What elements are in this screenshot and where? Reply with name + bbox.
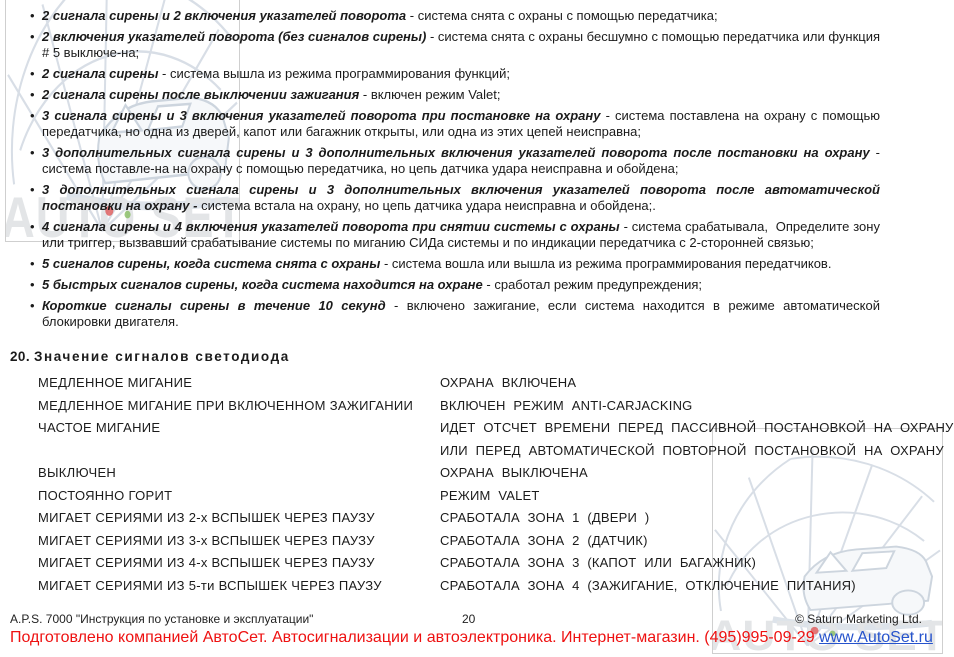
bullet-marker: • xyxy=(30,108,35,124)
bullet-rest: - система снята с охраны с помощью перед… xyxy=(410,8,718,23)
bullet-lead: 3 сигнала сирены и 3 включения указателе… xyxy=(42,108,600,123)
led-meaning: РЕЖИМ VALET xyxy=(440,485,540,508)
bullet-marker: • xyxy=(30,66,35,82)
led-signal: МИГАЕТ СЕРИЯМИ ИЗ 4-х ВСПЫШЕК ЧЕРЕЗ ПАУЗ… xyxy=(38,552,440,575)
led-table: МЕДЛЕННОЕ МИГАНИЕОХРАНА ВКЛЮЧЕНАМЕДЛЕННО… xyxy=(38,372,954,597)
table-row: ПОСТОЯННО ГОРИТРЕЖИМ VALET xyxy=(38,485,954,508)
siren-signal-list: •2 сигнала сирены и 2 включения указател… xyxy=(0,0,902,330)
bullet-item: •Короткие сигналы сирены в течение 10 се… xyxy=(30,298,880,330)
bullet-lead: 4 сигнала сирены и 4 включения указателе… xyxy=(42,219,620,234)
table-row: МИГАЕТ СЕРИЯМИ ИЗ 2-х ВСПЫШЕК ЧЕРЕЗ ПАУЗ… xyxy=(38,507,954,530)
section-number: 20. xyxy=(10,349,30,364)
bullet-marker: • xyxy=(30,277,35,293)
section-heading: 20.Значение сигналов светодиода xyxy=(10,349,954,364)
bullet-lead: 5 сигналов сирены, когда система снята с… xyxy=(42,256,380,271)
led-meaning-line: СРАБОТАЛА ЗОНА 2 (ДАТЧИК) xyxy=(440,530,648,553)
led-signal: МЕДЛЕННОЕ МИГАНИЕ ПРИ ВКЛЮЧЕННОМ ЗАЖИГАН… xyxy=(38,395,440,418)
bullet-marker: • xyxy=(30,298,35,314)
led-meaning-line: СРАБОТАЛА ЗОНА 1 (ДВЕРИ ) xyxy=(440,507,649,530)
bullet-item: •2 включения указателей поворота (без си… xyxy=(30,29,880,61)
bullet-marker: • xyxy=(30,8,35,24)
led-meaning-line: ОХРАНА ВЫКЛЮЧЕНА xyxy=(440,462,588,485)
bullet-item: •3 дополнительных сигнала сирены и 3 доп… xyxy=(30,145,880,177)
bullet-rest: - система вышла из режима программирован… xyxy=(162,66,510,81)
led-signal: ВЫКЛЮЧЕН xyxy=(38,462,440,485)
bullet-marker: • xyxy=(30,145,35,161)
led-signal: ЧАСТОЕ МИГАНИЕ xyxy=(38,417,440,462)
table-row: МИГАЕТ СЕРИЯМИ ИЗ 3-х ВСПЫШЕК ЧЕРЕЗ ПАУЗ… xyxy=(38,530,954,553)
bullet-item: •5 сигналов сирены, когда система снята … xyxy=(30,256,880,272)
promo-text: Подготовлено компанией АвтоСет. Автосигн… xyxy=(10,629,819,646)
led-meaning: СРАБОТАЛА ЗОНА 4 (ЗАЖИГАНИЕ, ОТКЛЮЧЕНИЕ … xyxy=(440,575,856,598)
bullet-item: •2 сигнала сирены и 2 включения указател… xyxy=(30,8,880,24)
footer-doc-title: A.P.S. 7000 "Инструкция по установке и э… xyxy=(10,612,313,626)
bullet-rest: - сработал режим предупреждения; xyxy=(486,277,702,292)
led-meaning: ВКЛЮЧЕН РЕЖИМ ANTI-CARJACKING xyxy=(440,395,692,418)
bullet-lead: 2 сигнала сирены и 2 включения указателе… xyxy=(42,8,406,23)
footer-page-number: 20 xyxy=(462,612,475,626)
bullet-lead: 2 сигнала сирены после выключении зажига… xyxy=(42,87,359,102)
bullet-marker: • xyxy=(30,256,35,272)
table-row: МИГАЕТ СЕРИЯМИ ИЗ 5-ти ВСПЫШЕК ЧЕРЕЗ ПАУ… xyxy=(38,575,954,598)
promo-link[interactable]: www.AutoSet.ru xyxy=(819,629,933,646)
bullet-rest: - система вошла или вышла из режима прог… xyxy=(384,256,832,271)
led-signal: ПОСТОЯННО ГОРИТ xyxy=(38,485,440,508)
bullet-item: •5 быстрых сигналов сирены, когда систем… xyxy=(30,277,880,293)
table-row: МЕДЛЕННОЕ МИГАНИЕ ПРИ ВКЛЮЧЕННОМ ЗАЖИГАН… xyxy=(38,395,954,418)
led-signal: МИГАЕТ СЕРИЯМИ ИЗ 2-х ВСПЫШЕК ЧЕРЕЗ ПАУЗ… xyxy=(38,507,440,530)
table-row: ВЫКЛЮЧЕНОХРАНА ВЫКЛЮЧЕНА xyxy=(38,462,954,485)
led-meaning-line: РЕЖИМ VALET xyxy=(440,485,540,508)
bullet-item: •3 дополнительных сигнала сирены и 3 доп… xyxy=(30,182,880,214)
led-meaning: ОХРАНА ВЫКЛЮЧЕНА xyxy=(440,462,588,485)
led-meaning-line: ОХРАНА ВКЛЮЧЕНА xyxy=(440,372,576,395)
footer: A.P.S. 7000 "Инструкция по установке и э… xyxy=(0,612,954,628)
led-meaning-line: СРАБОТАЛА ЗОНА 3 (КАПОТ ИЛИ БАГАЖНИК) xyxy=(440,552,756,575)
led-signal: МИГАЕТ СЕРИЯМИ ИЗ 5-ти ВСПЫШЕК ЧЕРЕЗ ПАУ… xyxy=(38,575,440,598)
bullet-marker: • xyxy=(30,87,35,103)
led-signal: МИГАЕТ СЕРИЯМИ ИЗ 3-х ВСПЫШЕК ЧЕРЕЗ ПАУЗ… xyxy=(38,530,440,553)
bullet-marker: • xyxy=(30,29,35,45)
bullet-lead: 2 включения указателей поворота (без сиг… xyxy=(42,29,426,44)
footer-copyright: © Saturn Marketing Ltd. xyxy=(795,612,922,626)
table-row: ЧАСТОЕ МИГАНИЕИДЕТ ОТСЧЕТ ВРЕМЕНИ ПЕРЕД … xyxy=(38,417,954,462)
bullet-item: •2 сигнала сирены после выключении зажиг… xyxy=(30,87,880,103)
bullet-lead: 2 сигнала сирены xyxy=(42,66,158,81)
led-meaning: СРАБОТАЛА ЗОНА 3 (КАПОТ ИЛИ БАГАЖНИК) xyxy=(440,552,756,575)
led-meaning: ОХРАНА ВКЛЮЧЕНА xyxy=(440,372,576,395)
bullet-item: •3 сигнала сирены и 3 включения указател… xyxy=(30,108,880,140)
bullet-lead: 3 дополнительных сигнала сирены и 3 допо… xyxy=(42,145,870,160)
led-meaning-line: ВКЛЮЧЕН РЕЖИМ ANTI-CARJACKING xyxy=(440,395,692,418)
manual-page: •2 сигнала сирены и 2 включения указател… xyxy=(0,0,954,597)
led-meaning: СРАБОТАЛА ЗОНА 2 (ДАТЧИК) xyxy=(440,530,648,553)
bullet-lead: Короткие сигналы сирены в течение 10 сек… xyxy=(42,298,386,313)
bullet-item: •4 сигнала сирены и 4 включения указател… xyxy=(30,219,880,251)
promo-line: Подготовлено компанией АвтоСет. Автосигн… xyxy=(10,628,954,648)
led-meaning: СРАБОТАЛА ЗОНА 1 (ДВЕРИ ) xyxy=(440,507,649,530)
led-meaning: ИДЕТ ОТСЧЕТ ВРЕМЕНИ ПЕРЕД ПАССИВНОЙ ПОСТ… xyxy=(440,417,954,462)
table-row: МИГАЕТ СЕРИЯМИ ИЗ 4-х ВСПЫШЕК ЧЕРЕЗ ПАУЗ… xyxy=(38,552,954,575)
bullet-marker: • xyxy=(30,219,35,235)
bullet-lead: 5 быстрых сигналов сирены, когда система… xyxy=(42,277,483,292)
bullet-item: •2 сигнала сирены - система вышла из реж… xyxy=(30,66,880,82)
table-row: МЕДЛЕННОЕ МИГАНИЕОХРАНА ВКЛЮЧЕНА xyxy=(38,372,954,395)
led-meaning-line: СРАБОТАЛА ЗОНА 4 (ЗАЖИГАНИЕ, ОТКЛЮЧЕНИЕ … xyxy=(440,575,856,598)
bullet-rest: система встала на охрану, но цепь датчик… xyxy=(201,198,656,213)
bullet-marker: • xyxy=(30,182,35,198)
section-title: Значение сигналов светодиода xyxy=(34,349,290,364)
bullet-rest: - включен режим Valet; xyxy=(363,87,501,102)
led-meaning-line: ИЛИ ПЕРЕД АВТОМАТИЧЕСКОЙ ПОВТОРНОЙ ПОСТА… xyxy=(440,440,954,463)
led-signal: МЕДЛЕННОЕ МИГАНИЕ xyxy=(38,372,440,395)
led-meaning-line: ИДЕТ ОТСЧЕТ ВРЕМЕНИ ПЕРЕД ПАССИВНОЙ ПОСТ… xyxy=(440,417,954,440)
